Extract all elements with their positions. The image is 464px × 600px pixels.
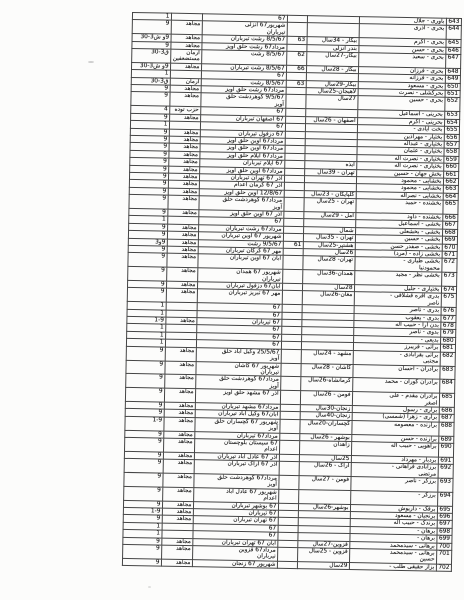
- table-body: 643باوری - جلال671644بحری - آذریشهریور67…: [122, 12, 461, 571]
- info-cell: [307, 23, 359, 38]
- info-cell: تهران - 25سال: [304, 198, 356, 213]
- num-cell: 664: [443, 193, 458, 201]
- num-cell: 660: [444, 163, 459, 171]
- info-cell: مشهد - 24سال: [301, 349, 353, 364]
- num-cell: 666: [443, 214, 458, 222]
- num-cell: 676: [441, 307, 456, 315]
- year-cell: [279, 440, 299, 454]
- info-cell: کرمانشاه-26سال: [301, 377, 353, 392]
- num-cell: 679: [441, 330, 456, 338]
- num-cell: 668: [442, 229, 457, 237]
- org-cell: مجاهد: [162, 545, 193, 559]
- org-cell: مجاهد: [165, 347, 196, 361]
- org-cell: مجاهد: [163, 459, 194, 473]
- num-cell: 658: [444, 149, 459, 157]
- year-cell: [279, 461, 299, 475]
- info-cell: قزوین - 25سال: [298, 548, 350, 563]
- org-cell: مجاهد: [167, 267, 198, 281]
- ref-cell: 9: [129, 195, 168, 210]
- num-cell: 652: [445, 98, 460, 112]
- num-cell: 692: [438, 464, 453, 478]
- ref-cell: 9: [124, 472, 163, 487]
- num-cell: 643: [446, 18, 461, 26]
- year-cell: [287, 23, 307, 37]
- year-cell: [281, 349, 301, 363]
- num-cell: 696: [437, 513, 452, 521]
- num-cell: 650: [445, 83, 460, 91]
- num-cell: 669: [442, 236, 457, 244]
- ref-cell: 9: [125, 437, 164, 452]
- year-cell: [281, 377, 301, 391]
- num-cell: 673: [442, 272, 457, 286]
- info-cell: 27سال: [306, 95, 358, 110]
- num-cell: 693: [438, 478, 453, 492]
- num-cell: 678: [441, 322, 456, 330]
- year-cell: [282, 291, 302, 305]
- num-cell: 697: [437, 521, 452, 529]
- org-cell: مجاهد: [168, 195, 199, 209]
- year-cell: [283, 269, 303, 283]
- org-cell: مجاهد: [166, 289, 197, 303]
- year-cell: [280, 390, 300, 404]
- num-cell: 674: [441, 286, 456, 294]
- info-cell: 29سال: [297, 561, 349, 569]
- ref-cell: 9: [125, 388, 164, 403]
- num-cell: 659: [444, 156, 459, 164]
- num-cell: 670: [442, 244, 457, 252]
- year-cell: 62: [287, 51, 307, 65]
- scanned-page: 643باوری - جلال671644بحری - آذریشهریور67…: [0, 0, 464, 600]
- num-cell: 667: [443, 222, 458, 230]
- name-cell: بزاز حقیقی طلب -: [349, 562, 436, 571]
- num-cell: 675: [441, 294, 456, 308]
- num-cell: 646: [446, 47, 461, 55]
- ref-cell: 9: [128, 253, 167, 268]
- victims-table: 643باوری - جلال671644بحری - آذریشهریور67…: [122, 12, 462, 572]
- ref-cell: 9: [123, 544, 162, 559]
- num-cell: 654: [445, 119, 460, 127]
- num-cell: 701: [436, 550, 451, 564]
- num-cell: 656: [444, 134, 459, 142]
- info-cell: گچساران-20سال: [300, 419, 352, 434]
- date-cell: شهریور 67 زنجان: [192, 560, 277, 569]
- num-cell: 657: [444, 141, 459, 149]
- org-cell: حزب توده: [170, 106, 201, 114]
- org-cell: مجاهد: [163, 438, 194, 452]
- ref-cell: 9: [128, 267, 167, 282]
- num-cell: 680: [441, 337, 456, 345]
- ref-cell: 9: [127, 288, 166, 303]
- info-cell: مغان-26سال: [302, 291, 354, 306]
- num-cell: 644: [446, 26, 461, 40]
- num-cell: 671: [442, 251, 457, 259]
- num-cell: 647: [446, 54, 461, 68]
- num-cell: 655: [444, 126, 459, 134]
- org-cell: آرمان مستضعفین: [171, 49, 202, 63]
- num-cell: 702: [436, 564, 451, 572]
- scan-artifact: [88, 61, 94, 63]
- info-cell: تهران- 28سال: [303, 256, 355, 271]
- num-cell: 690: [438, 443, 453, 457]
- year-cell: [278, 547, 298, 561]
- num-cell: 653: [445, 111, 460, 119]
- num-cell: 685: [439, 393, 454, 407]
- num-cell: 648: [445, 68, 460, 76]
- info-cell: فومن - 26سال: [300, 391, 352, 406]
- org-cell: مجاهد: [171, 21, 202, 35]
- ref-cell: ق3-30: [132, 48, 171, 63]
- scan-artifact: [148, 586, 151, 588]
- num-cell: 649: [445, 75, 460, 83]
- ref-cell: 9: [132, 20, 171, 35]
- org-cell: مجاهد: [165, 374, 196, 388]
- num-cell: 691: [438, 457, 453, 465]
- info-cell: بیکار-27سال: [307, 52, 359, 67]
- ref-cell: 9: [126, 346, 165, 361]
- info-cell: کاشان - 28سال: [301, 363, 353, 378]
- num-cell: 682: [440, 352, 455, 366]
- org-cell: مجاهد: [165, 361, 196, 375]
- org-cell: مجاهد: [163, 473, 194, 487]
- year-cell: [281, 363, 301, 377]
- ref-cell: 9: [126, 374, 165, 389]
- ref-cell: 9: [131, 92, 170, 107]
- org-cell: مجاهد: [167, 254, 198, 268]
- year-cell: [279, 475, 299, 489]
- year-cell: [283, 256, 303, 270]
- num-cell: 663: [443, 186, 458, 194]
- num-cell: 684: [440, 379, 455, 393]
- num-cell: 665: [443, 200, 458, 214]
- ref-cell: 1-9: [125, 416, 164, 431]
- num-cell: 645: [446, 39, 461, 47]
- ref-cell: 9: [124, 459, 163, 474]
- year-cell: [284, 197, 304, 211]
- info-cell: زاهدان: [299, 441, 351, 456]
- num-cell: 700: [437, 543, 452, 551]
- num-cell: 681: [440, 344, 455, 352]
- org-cell: مجاهد: [164, 417, 195, 431]
- year-cell: [280, 419, 300, 433]
- num-cell: 662: [443, 178, 458, 186]
- num-cell: 661: [444, 171, 459, 179]
- num-cell: 683: [440, 366, 455, 380]
- num-cell: 688: [439, 422, 454, 436]
- num-cell: 689: [439, 436, 454, 444]
- num-cell: 651: [445, 90, 460, 98]
- ref-cell: 9: [122, 558, 161, 566]
- year-cell: [279, 489, 299, 503]
- org-cell: مجاهد: [170, 93, 201, 107]
- info-cell: فومن - 27سال: [299, 476, 351, 491]
- num-cell: 698: [437, 528, 452, 536]
- org-cell: مجاهد: [161, 559, 192, 567]
- ref-cell: 9: [124, 486, 163, 501]
- org-cell: مجاهد: [163, 487, 194, 501]
- info-cell: [299, 489, 351, 504]
- org-cell: مجاهد: [164, 388, 195, 402]
- info-cell: اراک - 26سال: [299, 462, 351, 477]
- num-cell: 677: [441, 315, 456, 323]
- num-cell: 687: [439, 414, 454, 422]
- info-cell: همدان-36سال: [303, 270, 355, 285]
- year-cell: [277, 561, 297, 569]
- num-cell: 686: [439, 407, 454, 415]
- num-cell: 699: [437, 535, 452, 543]
- year-cell: [286, 95, 306, 109]
- num-cell: 672: [442, 259, 457, 273]
- num-cell: 695: [437, 506, 452, 514]
- ref-cell: 9: [126, 360, 165, 375]
- num-cell: 694: [438, 492, 453, 506]
